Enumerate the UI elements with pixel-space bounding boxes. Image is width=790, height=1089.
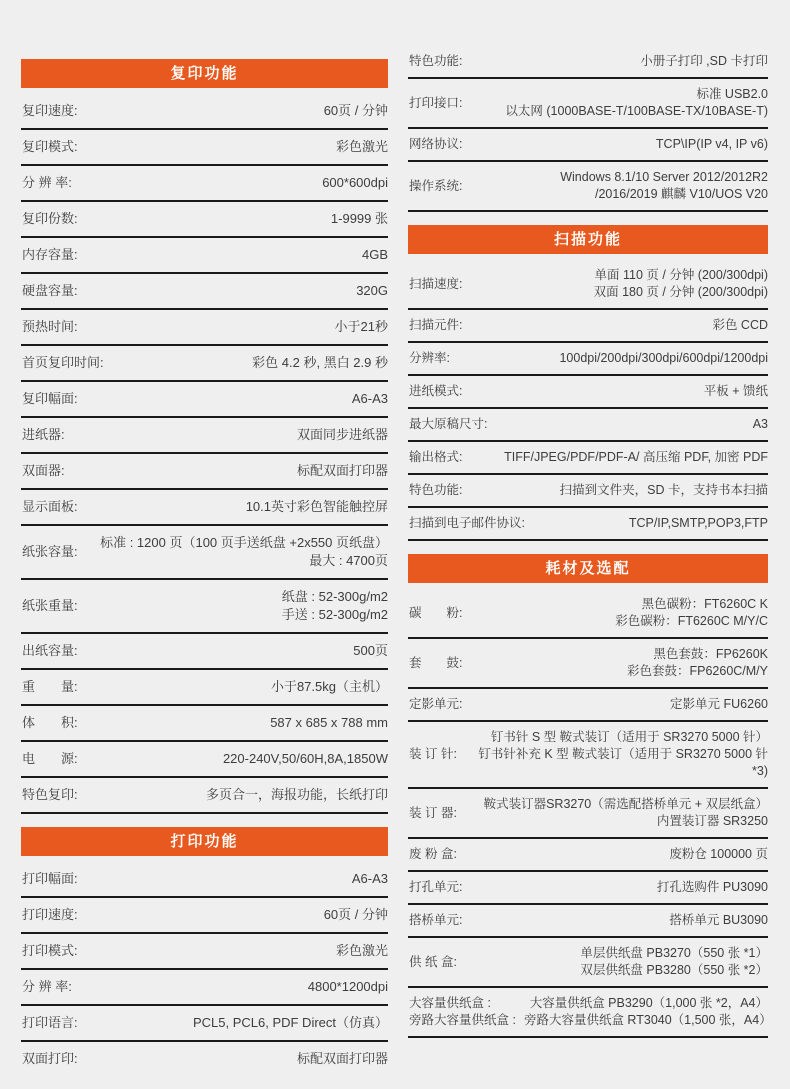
spec-value-line: 彩色 CCD — [470, 317, 768, 334]
spec-value-line: 10.1英寸彩色智能触控屏 — [86, 498, 388, 516]
spec-row: 双面器:标配双面打印器 — [21, 454, 388, 490]
spec-label-line: 旁路大容量供纸盒 : — [409, 1012, 516, 1029]
spec-row: 进纸模式:平板 + 馈纸 — [408, 376, 768, 409]
spec-label-line: 扫描到电子邮件协议: — [409, 515, 525, 532]
spec-label-line: 扫描速度: — [409, 276, 462, 293]
spec-value: 钉书针 S 型 鞍式装订（适用于 SR3270 5000 针）钉书针补充 K 型… — [465, 729, 768, 780]
spec-label: 分辨率: — [409, 350, 450, 367]
spec-label: 套 鼓: — [409, 655, 462, 672]
spec-label-line: 扫描元件: — [409, 317, 462, 334]
spec-row: 装 订 针:钉书针 S 型 鞍式装订（适用于 SR3270 5000 针）钉书针… — [408, 722, 768, 789]
spec-row: 输出格式:TIFF/JPEG/PDF/PDF-A/ 高压缩 PDF, 加密 PD… — [408, 442, 768, 475]
spec-label: 扫描到电子邮件协议: — [409, 515, 525, 532]
spec-value: 黑色碳粉：FT6260C K彩色碳粉：FT6260C M/Y/C — [470, 596, 768, 630]
spec-value-line: 扫描到文件夹，SD 卡，支持书本扫描 — [470, 482, 768, 499]
spec-value-line: A6-A3 — [86, 870, 388, 888]
spec-value-line: TCP\IP(IP v4, IP v6) — [470, 136, 768, 153]
spec-label: 废 粉 盒: — [409, 846, 457, 863]
spec-row: 打印接口:标准 USB2.0以太网 (1000BASE-T/100BASE-TX… — [408, 79, 768, 129]
spec-row: 出纸容量:500页 — [21, 634, 388, 670]
spec-label-line: 重 量: — [22, 678, 78, 696]
spec-row: 碳 粉:黑色碳粉：FT6260C K彩色碳粉：FT6260C M/Y/C — [408, 589, 768, 639]
spec-value: 标配双面打印器 — [73, 462, 388, 480]
spec-label: 双面器: — [22, 462, 65, 480]
spec-value: 彩色激光 — [86, 138, 388, 156]
spec-row: 操作系统:Windows 8.1/10 Server 2012/2012R2/2… — [408, 162, 768, 212]
spec-value-line: 彩色 4.2 秒, 黑白 2.9 秒 — [112, 354, 388, 372]
spec-sheet: 复印功能复印速度:60页 / 分钟复印模式:彩色激光分 辨 率:600*600d… — [0, 0, 790, 1076]
spec-label-line: 打印接口: — [409, 95, 462, 112]
spec-label: 最大原稿尺寸: — [409, 416, 487, 433]
spec-value: 废粉仓 100000 页 — [465, 846, 768, 863]
spec-label: 电 源: — [22, 750, 78, 768]
spec-value-line: PCL5, PCL6, PDF Direct（仿真） — [86, 1014, 388, 1032]
spec-value: 60页 / 分钟 — [86, 906, 388, 924]
spec-label: 复印幅面: — [22, 390, 78, 408]
spec-label: 打印幅面: — [22, 870, 78, 888]
spec-label-line: 特色功能: — [409, 53, 462, 70]
right-column: 特色功能:小册子打印 ,SD 卡打印打印接口:标准 USB2.0以太网 (100… — [408, 0, 768, 1076]
spec-value-line: 小于87.5kg（主机） — [86, 678, 388, 696]
spec-label-line: 装 订 器: — [409, 805, 457, 822]
spec-label-line: 双面打印: — [22, 1050, 78, 1068]
spec-label: 硬盘容量: — [22, 282, 78, 300]
spec-label: 内存容量: — [22, 246, 78, 264]
spec-label-line: 碳 粉: — [409, 605, 462, 622]
spec-value-line: 彩色套鼓：FP6260C/M/Y — [470, 663, 768, 680]
spec-value: 587 x 685 x 788 mm — [86, 714, 388, 732]
spec-label: 分 辨 率: — [22, 174, 72, 192]
spec-row: 网络协议:TCP\IP(IP v4, IP v6) — [408, 129, 768, 162]
spec-label: 定影单元: — [409, 696, 462, 713]
spec-value-line: 以太网 (1000BASE-T/100BASE-TX/10BASE-T) — [470, 103, 768, 120]
spec-row: 打印语言:PCL5, PCL6, PDF Direct（仿真） — [21, 1006, 388, 1042]
spec-value-line: 废粉仓 100000 页 — [465, 846, 768, 863]
section-header: 扫描功能 — [408, 225, 768, 254]
spec-value: 搭桥单元 BU3090 — [470, 912, 768, 929]
spec-value-line: 双面同步进纸器 — [73, 426, 388, 444]
spec-value: 平板 + 馈纸 — [470, 383, 768, 400]
spec-value-line: Windows 8.1/10 Server 2012/2012R2 — [470, 169, 768, 186]
spec-label-line: 复印份数: — [22, 210, 78, 228]
spec-label: 出纸容量: — [22, 642, 78, 660]
spec-label-line: 纸张容量: — [22, 543, 78, 561]
spec-label: 装 订 器: — [409, 805, 457, 822]
spec-label-line: 复印幅面: — [22, 390, 78, 408]
spec-value: 纸盘 : 52-300g/m2手送 : 52-300g/m2 — [86, 588, 388, 624]
spec-label: 体 积: — [22, 714, 78, 732]
spec-label: 复印模式: — [22, 138, 78, 156]
spec-label: 首页复印时间: — [22, 354, 104, 372]
spec-value: 彩色 CCD — [470, 317, 768, 334]
spec-value-line: 600*600dpi — [80, 174, 388, 192]
spec-label: 进纸模式: — [409, 383, 462, 400]
spec-value: TCP\IP(IP v4, IP v6) — [470, 136, 768, 153]
spec-value: Windows 8.1/10 Server 2012/2012R2/2016/2… — [470, 169, 768, 203]
spec-label-line: 分 辨 率: — [22, 978, 72, 996]
spec-value: 双面同步进纸器 — [73, 426, 388, 444]
spec-row: 电 源:220-240V,50/60H,8A,1850W — [21, 742, 388, 778]
spec-row: 装 订 器:鞍式装订器SR3270（需选配搭桥单元 + 双层纸盒）内置装订器 S… — [408, 789, 768, 839]
spec-label-line: 出纸容量: — [22, 642, 78, 660]
spec-row: 重 量:小于87.5kg（主机） — [21, 670, 388, 706]
spec-label: 预热时间: — [22, 318, 78, 336]
spec-label-line: 打印幅面: — [22, 870, 78, 888]
spec-value-line: 旁路大容量供纸盒 RT3040（1,500 张，A4） — [524, 1012, 768, 1029]
spec-value-line: 标准 USB2.0 — [470, 86, 768, 103]
spec-value: 打孔选购件 PU3090 — [470, 879, 768, 896]
spec-value-line: 手送 : 52-300g/m2 — [86, 606, 388, 624]
spec-value: 小册子打印 ,SD 卡打印 — [470, 53, 768, 70]
spec-row: 扫描元件:彩色 CCD — [408, 310, 768, 343]
spec-row: 套 鼓:黑色套鼓：FP6260K彩色套鼓：FP6260C/M/Y — [408, 639, 768, 689]
spec-value: 小于21秒 — [86, 318, 388, 336]
spec-row: 特色复印:多页合一，海报功能，长纸打印 — [21, 778, 388, 814]
spec-value-line: 标准 : 1200 页（100 页手送纸盘 +2x550 页纸盘） — [86, 534, 388, 552]
spec-label-line: 复印速度: — [22, 102, 78, 120]
spec-row: 打印幅面:A6-A3 — [21, 862, 388, 898]
spec-value-line: 4GB — [86, 246, 388, 264]
spec-label: 打孔单元: — [409, 879, 462, 896]
spec-value-line: A3 — [495, 416, 768, 433]
spec-label: 复印速度: — [22, 102, 78, 120]
spec-label: 大容量供纸盒 :旁路大容量供纸盒 : — [409, 995, 516, 1029]
spec-label-line: 特色功能: — [409, 482, 462, 499]
spec-row: 供 纸 盒:单层供纸盘 PB3270（550 张 *1）双层供纸盘 PB3280… — [408, 938, 768, 988]
left-column: 复印功能复印速度:60页 / 分钟复印模式:彩色激光分 辨 率:600*600d… — [21, 0, 388, 1076]
spec-value-line: 彩色碳粉：FT6260C M/Y/C — [470, 613, 768, 630]
spec-value-line: 小于21秒 — [86, 318, 388, 336]
spec-value-line: 钉书针 S 型 鞍式装订（适用于 SR3270 5000 针） — [465, 729, 768, 746]
spec-value-line: 纸盘 : 52-300g/m2 — [86, 588, 388, 606]
spec-label: 纸张容量: — [22, 543, 78, 561]
spec-value: 小于87.5kg（主机） — [86, 678, 388, 696]
spec-label: 输出格式: — [409, 449, 462, 466]
spec-row: 预热时间:小于21秒 — [21, 310, 388, 346]
spec-value: 大容量供纸盒 PB3290（1,000 张 *2，A4）旁路大容量供纸盒 RT3… — [524, 995, 768, 1029]
spec-label: 装 订 针: — [409, 746, 457, 763]
spec-value-line: 60页 / 分钟 — [86, 906, 388, 924]
spec-value-line: 彩色激光 — [86, 138, 388, 156]
spec-value: A3 — [495, 416, 768, 433]
spec-row: 扫描速度:单面 110 页 / 分钟 (200/300dpi)双面 180 页 … — [408, 260, 768, 310]
spec-label: 纸张重量: — [22, 597, 78, 615]
spec-value: A6-A3 — [86, 870, 388, 888]
spec-label-line: 废 粉 盒: — [409, 846, 457, 863]
spec-label: 重 量: — [22, 678, 78, 696]
spec-row: 硬盘容量:320G — [21, 274, 388, 310]
spec-row: 打印速度:60页 / 分钟 — [21, 898, 388, 934]
spec-label: 特色功能: — [409, 482, 462, 499]
spec-section: 复印功能复印速度:60页 / 分钟复印模式:彩色激光分 辨 率:600*600d… — [21, 59, 388, 814]
spec-value: 500页 — [86, 642, 388, 660]
spec-label: 分 辨 率: — [22, 978, 72, 996]
spec-value-line: 平板 + 馈纸 — [470, 383, 768, 400]
spec-label-line: 打印语言: — [22, 1014, 78, 1032]
spec-value-line: 彩色激光 — [86, 942, 388, 960]
spec-value: 4GB — [86, 246, 388, 264]
spec-row: 打印模式:彩色激光 — [21, 934, 388, 970]
spec-value: 100dpi/200dpi/300dpi/600dpi/1200dpi — [458, 350, 768, 367]
spec-row: 进纸器:双面同步进纸器 — [21, 418, 388, 454]
spec-label-line: 电 源: — [22, 750, 78, 768]
spec-label: 打印速度: — [22, 906, 78, 924]
spec-value: 单层供纸盘 PB3270（550 张 *1）双层供纸盘 PB3280（550 张… — [465, 945, 768, 979]
spec-value-line: 双面 180 页 / 分钟 (200/300dpi) — [470, 284, 768, 301]
spec-value: 标准 : 1200 页（100 页手送纸盘 +2x550 页纸盘）最大 : 47… — [86, 534, 388, 570]
spec-label-line: 复印模式: — [22, 138, 78, 156]
spec-row: 打孔单元:打孔选购件 PU3090 — [408, 872, 768, 905]
spec-value-line: TIFF/JPEG/PDF/PDF-A/ 高压缩 PDF, 加密 PDF — [470, 449, 768, 466]
spec-row: 显示面板:10.1英寸彩色智能触控屏 — [21, 490, 388, 526]
spec-value-line: 小册子打印 ,SD 卡打印 — [470, 53, 768, 70]
section-header: 耗材及选配 — [408, 554, 768, 583]
spec-value-line: 黑色套鼓：FP6260K — [470, 646, 768, 663]
spec-value-line: 多页合一，海报功能，长纸打印 — [86, 786, 388, 804]
spec-value-line: 单面 110 页 / 分钟 (200/300dpi) — [470, 267, 768, 284]
spec-row: 纸张容量:标准 : 1200 页（100 页手送纸盘 +2x550 页纸盘）最大… — [21, 526, 388, 580]
spec-value-line: 双层供纸盘 PB3280（550 张 *2） — [465, 962, 768, 979]
spec-row: 分辨率:100dpi/200dpi/300dpi/600dpi/1200dpi — [408, 343, 768, 376]
spec-value-line: 单层供纸盘 PB3270（550 张 *1） — [465, 945, 768, 962]
spec-label-line: 预热时间: — [22, 318, 78, 336]
spec-value-line: 定影单元 FU6260 — [470, 696, 768, 713]
spec-label-line: 进纸模式: — [409, 383, 462, 400]
spec-label-line: 首页复印时间: — [22, 354, 104, 372]
spec-value: 220-240V,50/60H,8A,1850W — [86, 750, 388, 768]
spec-row: 特色功能:小册子打印 ,SD 卡打印 — [408, 46, 768, 79]
spec-row: 扫描到电子邮件协议:TCP/IP,SMTP,POP3,FTP — [408, 508, 768, 541]
section-header: 打印功能 — [21, 827, 388, 856]
spec-label-line: 打孔单元: — [409, 879, 462, 896]
spec-value: 4800*1200dpi — [80, 978, 388, 996]
spec-label-line: 纸张重量: — [22, 597, 78, 615]
spec-value-line: 100dpi/200dpi/300dpi/600dpi/1200dpi — [458, 350, 768, 367]
spec-label: 供 纸 盒: — [409, 954, 457, 971]
spec-value: 标准 USB2.0以太网 (1000BASE-T/100BASE-TX/10BA… — [470, 86, 768, 120]
spec-label-line: 体 积: — [22, 714, 78, 732]
spec-row: 首页复印时间:彩色 4.2 秒, 黑白 2.9 秒 — [21, 346, 388, 382]
spec-value-line: 搭桥单元 BU3090 — [470, 912, 768, 929]
spec-row: 分 辨 率:600*600dpi — [21, 166, 388, 202]
spec-row: 定影单元:定影单元 FU6260 — [408, 689, 768, 722]
spec-value: 定影单元 FU6260 — [470, 696, 768, 713]
spec-label-line: 内存容量: — [22, 246, 78, 264]
spec-section: 扫描功能扫描速度:单面 110 页 / 分钟 (200/300dpi)双面 18… — [408, 225, 768, 541]
spec-value: 60页 / 分钟 — [86, 102, 388, 120]
spec-value: A6-A3 — [86, 390, 388, 408]
spec-label: 碳 粉: — [409, 605, 462, 622]
spec-value-line: 1-9999 张 — [86, 210, 388, 228]
spec-row: 最大原稿尺寸:A3 — [408, 409, 768, 442]
spec-value: 彩色激光 — [86, 942, 388, 960]
spec-label-line: 输出格式: — [409, 449, 462, 466]
spec-value-line: 标配双面打印器 — [73, 462, 388, 480]
spec-label-line: 大容量供纸盒 : — [409, 995, 516, 1012]
spec-value: PCL5, PCL6, PDF Direct（仿真） — [86, 1014, 388, 1032]
spec-value: 320G — [86, 282, 388, 300]
spec-value-line: 内置装订器 SR3250 — [465, 813, 768, 830]
spec-row: 复印模式:彩色激光 — [21, 130, 388, 166]
spec-value: 彩色 4.2 秒, 黑白 2.9 秒 — [112, 354, 388, 372]
spec-section: 打印功能打印幅面:A6-A3打印速度:60页 / 分钟打印模式:彩色激光分 辨 … — [21, 827, 388, 1076]
spec-label: 显示面板: — [22, 498, 78, 516]
spec-label: 特色复印: — [22, 786, 78, 804]
spec-value: 单面 110 页 / 分钟 (200/300dpi)双面 180 页 / 分钟 … — [470, 267, 768, 301]
spec-label: 操作系统: — [409, 178, 462, 195]
spec-value-line: 打孔选购件 PU3090 — [470, 879, 768, 896]
section-header: 复印功能 — [21, 59, 388, 88]
spec-label-line: 搭桥单元: — [409, 912, 462, 929]
spec-label-line: 分 辨 率: — [22, 174, 72, 192]
spec-label-line: 最大原稿尺寸: — [409, 416, 487, 433]
spec-value-line: 220-240V,50/60H,8A,1850W — [86, 750, 388, 768]
spec-label-line: 打印速度: — [22, 906, 78, 924]
spec-row: 内存容量:4GB — [21, 238, 388, 274]
spec-row: 纸张重量:纸盘 : 52-300g/m2手送 : 52-300g/m2 — [21, 580, 388, 634]
spec-label-line: 装 订 针: — [409, 746, 457, 763]
spec-value: 600*600dpi — [80, 174, 388, 192]
spec-label-line: 网络协议: — [409, 136, 462, 153]
spec-label: 复印份数: — [22, 210, 78, 228]
spec-row: 特色功能:扫描到文件夹，SD 卡，支持书本扫描 — [408, 475, 768, 508]
spec-value: TCP/IP,SMTP,POP3,FTP — [533, 515, 768, 532]
spec-section: 耗材及选配碳 粉:黑色碳粉：FT6260C K彩色碳粉：FT6260C M/Y/… — [408, 554, 768, 1038]
spec-label-line: 操作系统: — [409, 178, 462, 195]
spec-label: 打印模式: — [22, 942, 78, 960]
spec-label-line: 分辨率: — [409, 350, 450, 367]
spec-label: 进纸器: — [22, 426, 65, 444]
spec-value-line: 4800*1200dpi — [80, 978, 388, 996]
spec-label-line: 进纸器: — [22, 426, 65, 444]
spec-row: 体 积:587 x 685 x 788 mm — [21, 706, 388, 742]
spec-value: 1-9999 张 — [86, 210, 388, 228]
spec-label: 扫描速度: — [409, 276, 462, 293]
spec-value: 黑色套鼓：FP6260K彩色套鼓：FP6260C/M/Y — [470, 646, 768, 680]
spec-value-line: 587 x 685 x 788 mm — [86, 714, 388, 732]
spec-label: 打印接口: — [409, 95, 462, 112]
spec-value: 鞍式装订器SR3270（需选配搭桥单元 + 双层纸盒）内置装订器 SR3250 — [465, 796, 768, 830]
spec-value-line: TCP/IP,SMTP,POP3,FTP — [533, 515, 768, 532]
spec-row: 搭桥单元:搭桥单元 BU3090 — [408, 905, 768, 938]
spec-label: 打印语言: — [22, 1014, 78, 1032]
spec-row: 分 辨 率:4800*1200dpi — [21, 970, 388, 1006]
spec-row: 双面打印:标配双面打印器 — [21, 1042, 388, 1076]
spec-row: 复印幅面:A6-A3 — [21, 382, 388, 418]
spec-label-line: 打印模式: — [22, 942, 78, 960]
spec-label-line: 供 纸 盒: — [409, 954, 457, 971]
spec-value-line: 320G — [86, 282, 388, 300]
spec-label-line: 特色复印: — [22, 786, 78, 804]
spec-value-line: 60页 / 分钟 — [86, 102, 388, 120]
spec-value-line: 大容量供纸盒 PB3290（1,000 张 *2，A4） — [524, 995, 768, 1012]
spec-label: 特色功能: — [409, 53, 462, 70]
spec-row: 复印份数:1-9999 张 — [21, 202, 388, 238]
spec-value: TIFF/JPEG/PDF/PDF-A/ 高压缩 PDF, 加密 PDF — [470, 449, 768, 466]
spec-value-line: 钉书针补充 K 型 鞍式装订（适用于 SR3270 5000 针 *3) — [465, 746, 768, 780]
spec-row: 废 粉 盒:废粉仓 100000 页 — [408, 839, 768, 872]
spec-value-line: 标配双面打印器 — [86, 1050, 388, 1068]
spec-value-line: A6-A3 — [86, 390, 388, 408]
spec-label: 扫描元件: — [409, 317, 462, 334]
spec-label-line: 双面器: — [22, 462, 65, 480]
spec-label: 网络协议: — [409, 136, 462, 153]
spec-value: 标配双面打印器 — [86, 1050, 388, 1068]
spec-section: 特色功能:小册子打印 ,SD 卡打印打印接口:标准 USB2.0以太网 (100… — [408, 46, 768, 212]
spec-label: 搭桥单元: — [409, 912, 462, 929]
spec-label-line: 硬盘容量: — [22, 282, 78, 300]
spec-value-line: 鞍式装订器SR3270（需选配搭桥单元 + 双层纸盒） — [465, 796, 768, 813]
spec-value-line: /2016/2019 麒麟 V10/UOS V20 — [470, 186, 768, 203]
spec-label-line: 显示面板: — [22, 498, 78, 516]
spec-label-line: 套 鼓: — [409, 655, 462, 672]
spec-value: 扫描到文件夹，SD 卡，支持书本扫描 — [470, 482, 768, 499]
spec-label: 双面打印: — [22, 1050, 78, 1068]
spec-value-line: 最大 : 4700页 — [86, 552, 388, 570]
spec-row: 复印速度:60页 / 分钟 — [21, 94, 388, 130]
spec-value-line: 黑色碳粉：FT6260C K — [470, 596, 768, 613]
spec-row: 大容量供纸盒 :旁路大容量供纸盒 :大容量供纸盒 PB3290（1,000 张 … — [408, 988, 768, 1038]
spec-value-line: 500页 — [86, 642, 388, 660]
spec-value: 多页合一，海报功能，长纸打印 — [86, 786, 388, 804]
spec-label-line: 定影单元: — [409, 696, 462, 713]
spec-value: 10.1英寸彩色智能触控屏 — [86, 498, 388, 516]
